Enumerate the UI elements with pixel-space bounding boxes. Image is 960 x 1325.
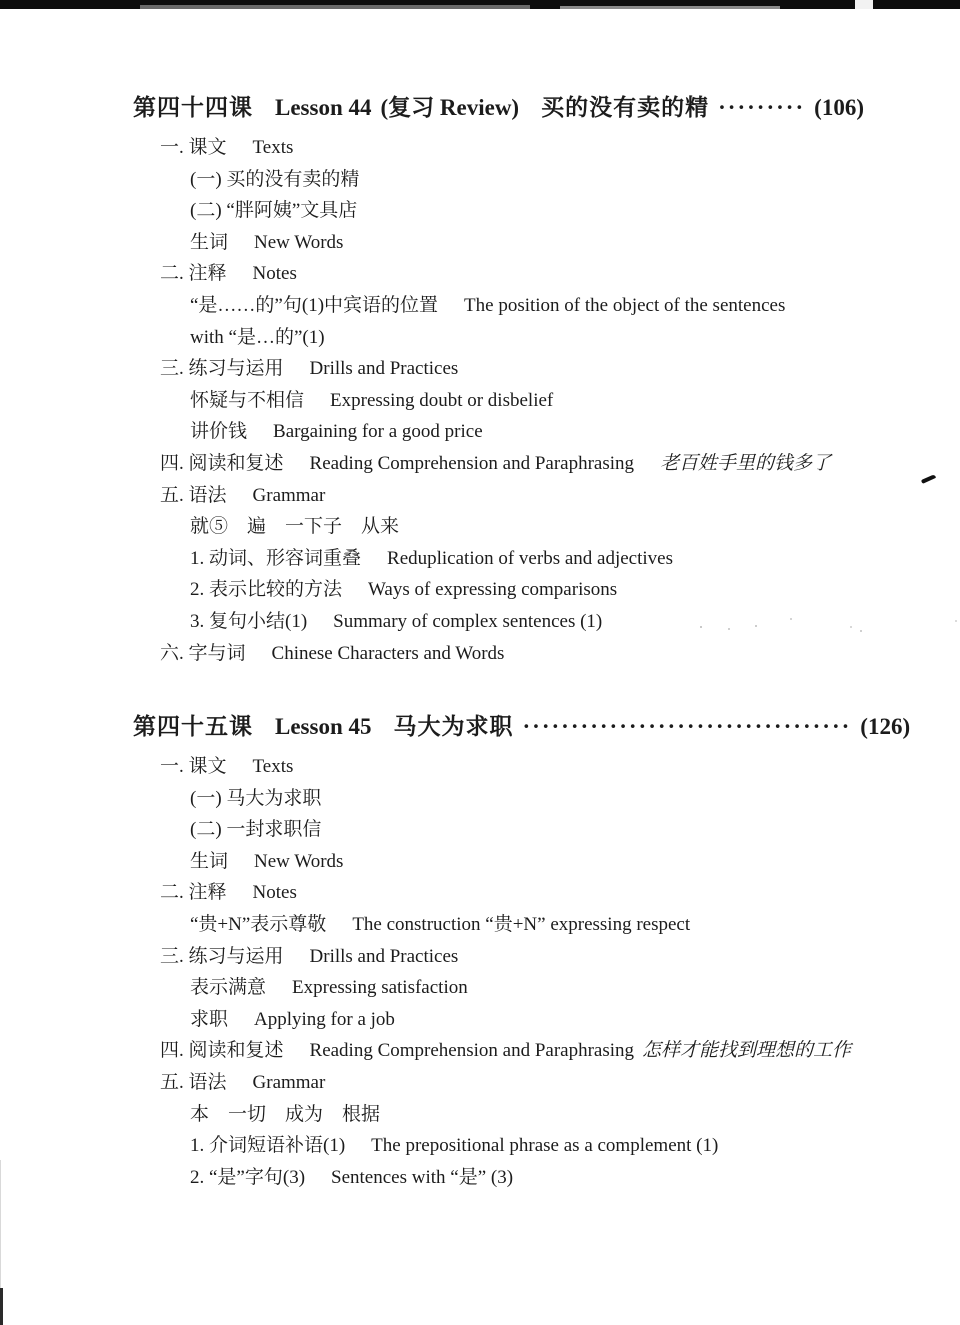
toc-text: (二) “胖阿姨”文具店 (190, 200, 357, 221)
lesson-label: Lesson 45 (275, 714, 372, 739)
lesson-title: 第四十五课Lesson 45马大为求职·····················… (133, 709, 960, 744)
toc-text: 2. 表示比较的方法 (190, 579, 342, 600)
toc-line: 一. 课文Texts (160, 751, 960, 783)
toc-line: 2. 表示比较的方法Ways of expressing comparisons (190, 574, 960, 606)
toc-text: 表示满意 (190, 977, 266, 998)
toc-text: New Words (254, 851, 343, 872)
toc-text: “是……的”句(1)中宾语的位置 (190, 295, 438, 316)
toc-text: 一. 课文 (160, 137, 227, 158)
toc-text: 三. 练习与运用 (160, 358, 284, 379)
toc-text: Drills and Practices (310, 946, 459, 967)
lesson-topic: 买的没有卖的精 (541, 94, 709, 120)
toc-line: 三. 练习与运用Drills and Practices (160, 353, 960, 385)
scan-artifact-top-bar (0, 0, 960, 9)
toc-text: 生词 (190, 851, 228, 872)
dots-leader: ········· (718, 95, 805, 120)
toc-text: Bargaining for a good price (273, 421, 483, 442)
toc-text: Texts (253, 137, 294, 158)
toc-text: 四. 阅读和复述 (160, 1040, 284, 1061)
scan-artifact-segment (855, 0, 873, 9)
toc-text: 六. 字与词 (160, 643, 246, 664)
toc-line: 1. 介词短语补语(1)The prepositional phrase as … (190, 1130, 960, 1162)
dots-leader: ·································· (523, 714, 852, 739)
table-of-contents: 第四十四课Lesson 44(复习 Review)买的没有卖的精········… (0, 90, 960, 1193)
toc-text: Sentences with “是” (3) (331, 1167, 513, 1188)
toc-text: Reduplication of verbs and adjectives (387, 548, 673, 569)
toc-line: 生词New Words (190, 846, 960, 878)
toc-text: Expressing doubt or disbelief (330, 390, 553, 411)
toc-text: 1. 动词、形容词重叠 (190, 548, 361, 569)
toc-text: Grammar (253, 1072, 326, 1093)
toc-line: 3. 复句小结(1)Summary of complex sentences (… (190, 606, 960, 638)
toc-line: 怀疑与不相信Expressing doubt or disbelief (190, 385, 960, 417)
toc-line: 1. 动词、形容词重叠Reduplication of verbs and ad… (190, 543, 960, 575)
toc-text: Drills and Practices (310, 358, 459, 379)
toc-text: Applying for a job (254, 1009, 395, 1030)
toc-text: (二) 一封求职信 (190, 819, 321, 840)
toc-text: 老百姓手里的钱多了 (660, 453, 831, 474)
scan-artifact-left-edge-light (0, 1160, 1, 1290)
toc-line: 五. 语法Grammar (160, 480, 960, 512)
toc-text: Notes (253, 263, 297, 284)
lesson-title: 第四十四课Lesson 44(复习 Review)买的没有卖的精········… (133, 90, 960, 125)
toc-text: 3. 复句小结(1) (190, 611, 307, 632)
toc-line: 2. “是”字句(3)Sentences with “是” (3) (190, 1162, 960, 1194)
toc-text: 二. 注释 (160, 263, 227, 284)
toc-line: 五. 语法Grammar (160, 1067, 960, 1099)
lesson-number-cn: 第四十五课 (133, 713, 253, 739)
toc-line: 一. 课文Texts (160, 132, 960, 164)
toc-line: 四. 阅读和复述Reading Comprehension and Paraph… (160, 448, 960, 480)
toc-text: 生词 (190, 232, 228, 253)
toc-line: (二) “胖阿姨”文具店 (190, 195, 960, 227)
toc-line: 三. 练习与运用Drills and Practices (160, 941, 960, 973)
toc-text: The construction “贵+N” expressing respec… (352, 914, 690, 935)
toc-line: 六. 字与词Chinese Characters and Words (160, 638, 960, 670)
toc-text: (一) 马大为求职 (190, 788, 321, 809)
toc-line: 就⑤ 遍 一下子 从来 (190, 511, 960, 543)
toc-line: with “是…的”(1) (190, 322, 960, 354)
toc-text: Notes (253, 882, 297, 903)
toc-text: 三. 练习与运用 (160, 946, 284, 967)
scan-noise-specks (700, 626, 702, 628)
toc-text: Summary of complex sentences (1) (333, 611, 602, 632)
toc-text: 1. 介词短语补语(1) (190, 1135, 345, 1156)
toc-text: 求职 (190, 1009, 228, 1030)
toc-text: 讲价钱 (190, 421, 247, 442)
toc-line: 本 一切 成为 根据 (190, 1099, 960, 1131)
toc-text: Reading Comprehension and Paraphrasing (310, 453, 635, 474)
toc-text: 五. 语法 (160, 485, 227, 506)
toc-text: New Words (254, 232, 343, 253)
toc-line: 生词New Words (190, 227, 960, 259)
toc-line: (一) 马大为求职 (190, 783, 960, 815)
toc-text: with “是…的”(1) (190, 327, 325, 348)
toc-text: The position of the object of the senten… (464, 295, 785, 316)
toc-line: “贵+N”表示尊敬The construction “贵+N” expressi… (190, 909, 960, 941)
toc-text: Texts (253, 756, 294, 777)
toc-line: (一) 买的没有卖的精 (190, 164, 960, 196)
toc-line: 二. 注释Notes (160, 258, 960, 290)
toc-line: 四. 阅读和复述Reading Comprehension and Paraph… (160, 1035, 960, 1067)
toc-text: Ways of expressing comparisons (368, 579, 617, 600)
lesson-section: 第四十五课Lesson 45马大为求职·····················… (0, 709, 960, 1193)
review-label: (复习 Review) (381, 95, 520, 120)
scan-artifact-left-edge-dark (0, 1288, 3, 1325)
toc-text: 本 一切 成为 根据 (190, 1104, 380, 1125)
scan-artifact-segment (560, 6, 780, 9)
toc-line: 求职Applying for a job (190, 1004, 960, 1036)
toc-text: 怀疑与不相信 (190, 390, 304, 411)
lesson-topic: 马大为求职 (394, 713, 514, 739)
toc-text: 四. 阅读和复述 (160, 453, 284, 474)
lesson-label: Lesson 44 (275, 95, 372, 120)
toc-line: 表示满意Expressing satisfaction (190, 972, 960, 1004)
lesson-number-cn: 第四十四课 (133, 94, 253, 120)
toc-text: Expressing satisfaction (292, 977, 468, 998)
toc-text: 五. 语法 (160, 1072, 227, 1093)
toc-text: Reading Comprehension and Paraphrasing (310, 1040, 635, 1061)
page-number: (126) (860, 714, 910, 739)
toc-text: Grammar (253, 485, 326, 506)
page-number: (106) (814, 95, 864, 120)
toc-text: The prepositional phrase as a complement… (371, 1135, 718, 1156)
toc-line: 二. 注释Notes (160, 877, 960, 909)
toc-text: “贵+N”表示尊敬 (190, 914, 326, 935)
toc-text: Chinese Characters and Words (272, 643, 505, 664)
lesson-section: 第四十四课Lesson 44(复习 Review)买的没有卖的精········… (0, 90, 960, 669)
toc-text: 二. 注释 (160, 882, 227, 903)
toc-text: 怎样才能找到理想的工作 (642, 1040, 851, 1061)
toc-line: 讲价钱Bargaining for a good price (190, 416, 960, 448)
toc-line: “是……的”句(1)中宾语的位置The position of the obje… (190, 290, 960, 322)
toc-text: (一) 买的没有卖的精 (190, 169, 359, 190)
toc-line: (二) 一封求职信 (190, 814, 960, 846)
toc-text: 一. 课文 (160, 756, 227, 777)
scan-artifact-segment (140, 5, 530, 9)
toc-text: 2. “是”字句(3) (190, 1167, 305, 1188)
toc-text: 就⑤ 遍 一下子 从来 (190, 516, 399, 537)
